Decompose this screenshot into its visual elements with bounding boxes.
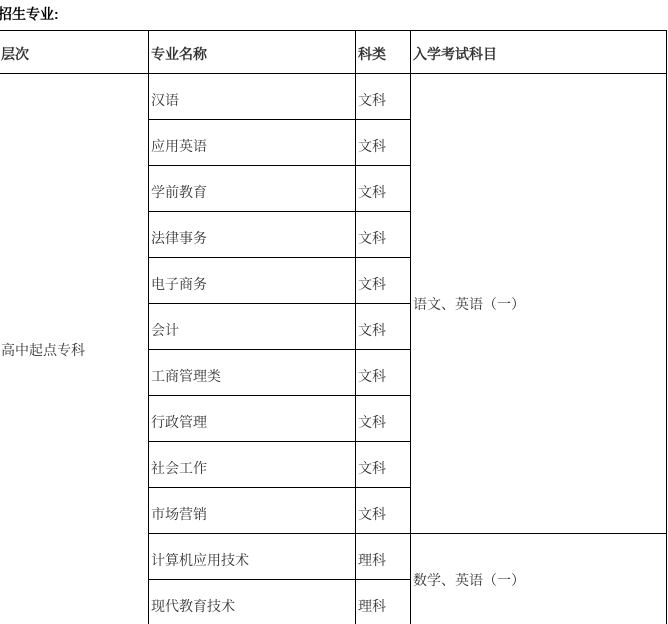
category-cell: 理科 [356, 580, 411, 624]
major-cell: 会计 [149, 304, 356, 350]
category-cell: 文科 [356, 212, 411, 258]
category-cell: 理科 [356, 534, 411, 580]
major-cell: 法律事务 [149, 212, 356, 258]
header-exam: 入学考试科目 [411, 31, 667, 74]
major-cell: 现代教育技术 [149, 580, 356, 624]
category-cell: 文科 [356, 166, 411, 212]
major-cell: 学前教育 [149, 166, 356, 212]
enrollment-table: 层次 专业名称 科类 入学考试科目 高中起点专科汉语文科语文、英语（一）应用英语… [0, 30, 667, 624]
major-cell: 行政管理 [149, 396, 356, 442]
table-body: 高中起点专科汉语文科语文、英语（一）应用英语文科学前教育文科法律事务文科电子商务… [0, 74, 667, 624]
category-cell: 文科 [356, 488, 411, 534]
header-level: 层次 [0, 31, 149, 74]
major-cell: 应用英语 [149, 120, 356, 166]
header-major: 专业名称 [149, 31, 356, 74]
level-cell: 高中起点专科 [0, 74, 149, 624]
major-cell: 计算机应用技术 [149, 534, 356, 580]
category-cell: 文科 [356, 120, 411, 166]
category-cell: 文科 [356, 258, 411, 304]
major-cell: 市场营销 [149, 488, 356, 534]
exam-subject-cell: 数学、英语（一） [411, 534, 667, 624]
header-category: 科类 [356, 31, 411, 74]
page-title: 招生专业: [0, 4, 59, 24]
exam-subject-cell: 语文、英语（一） [411, 74, 667, 534]
major-cell: 电子商务 [149, 258, 356, 304]
category-cell: 文科 [356, 396, 411, 442]
category-cell: 文科 [356, 304, 411, 350]
page: 招生专业: 层次 专业名称 科类 入学考试科目 高中起点专科汉语文科语文、英语（… [0, 0, 668, 624]
major-cell: 汉语 [149, 74, 356, 120]
category-cell: 文科 [356, 442, 411, 488]
category-cell: 文科 [356, 350, 411, 396]
major-cell: 社会工作 [149, 442, 356, 488]
major-cell: 工商管理类 [149, 350, 356, 396]
table-row: 高中起点专科汉语文科语文、英语（一） [0, 74, 667, 120]
header-row: 层次 专业名称 科类 入学考试科目 [0, 31, 667, 74]
category-cell: 文科 [356, 74, 411, 120]
